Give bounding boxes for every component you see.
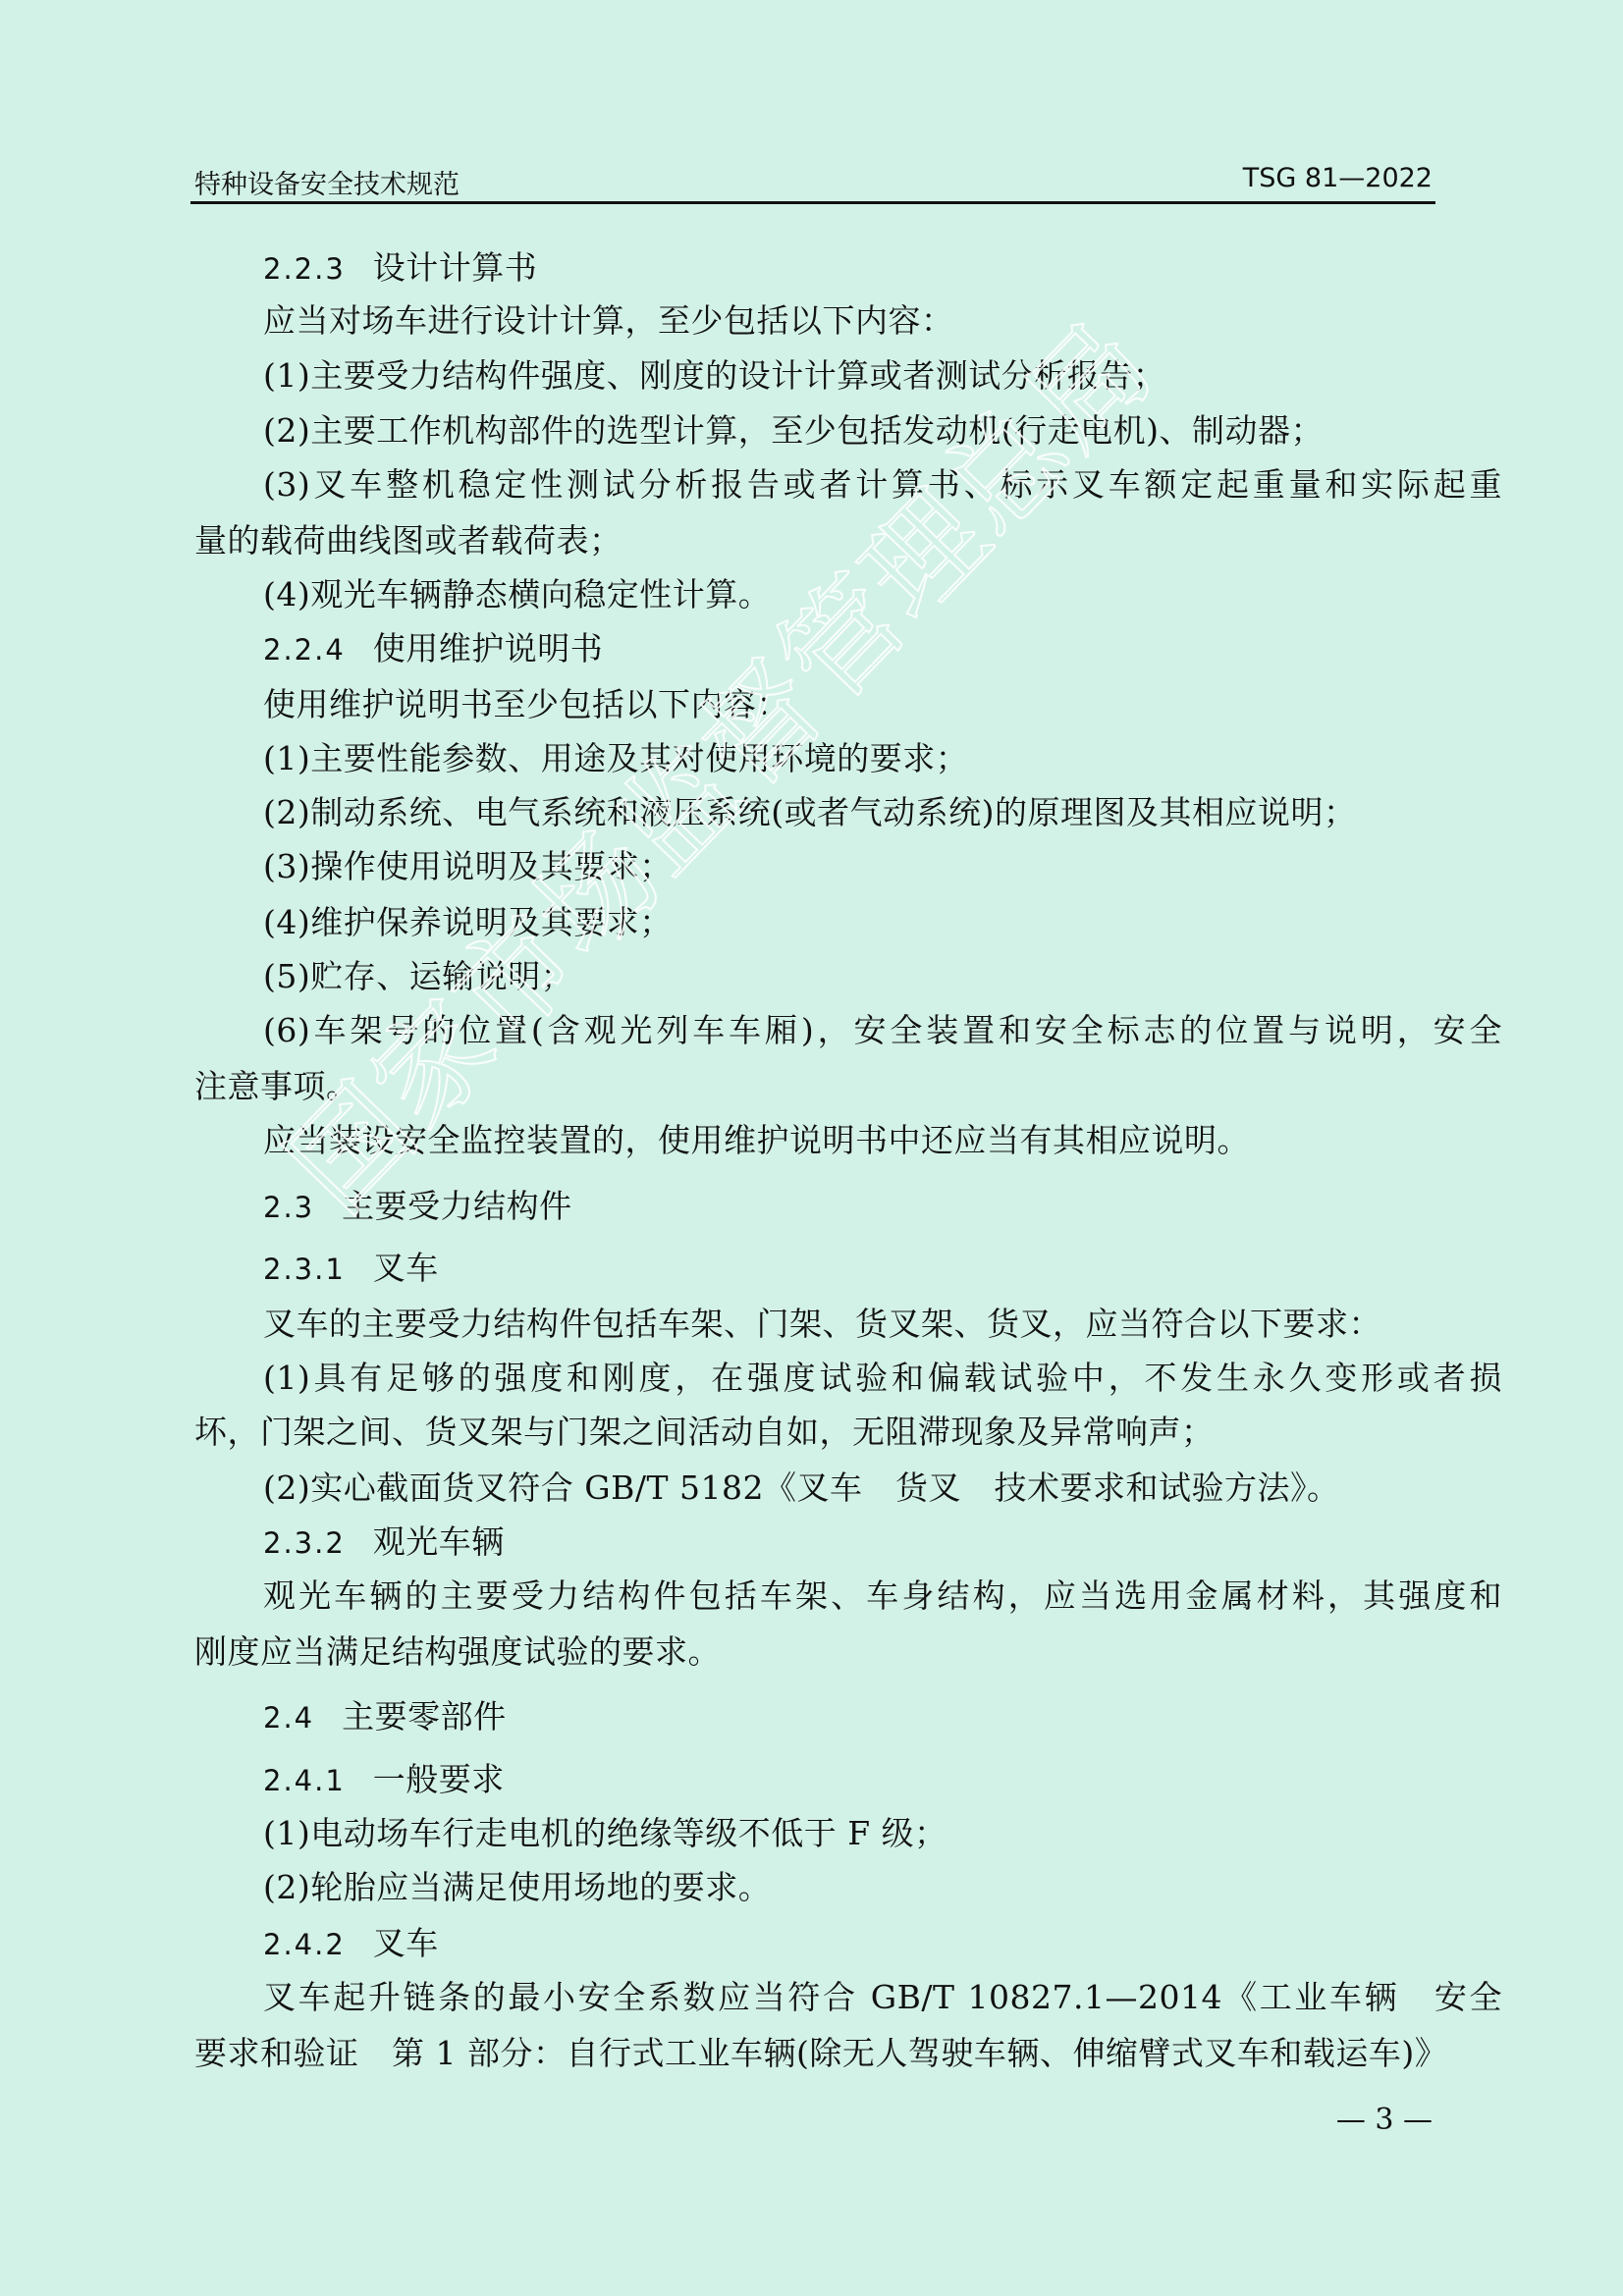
section-heading: 2.4主要零部件 <box>194 1697 1502 1737</box>
paragraph-continuation: 刚度应当满足结构强度试验的要求。 <box>194 1632 1434 1672</box>
paragraph-line: (1)电动场车行走电机的绝缘等级不低于 F 级； <box>194 1814 1502 1853</box>
section-number: 2.2.3 <box>263 252 346 286</box>
paragraph-line: (1)具有足够的强度和刚度，在强度试验和偏载试验中，不发生永久变形或者损 <box>194 1359 1502 1398</box>
section-title: 主要零部件 <box>342 1697 507 1735</box>
paragraph-line: (3)操作使用说明及其要求； <box>194 847 1502 886</box>
section-title: 一般要求 <box>373 1760 505 1798</box>
section-number: 2.3 <box>263 1191 314 1224</box>
paragraph-line: (4)维护保养说明及其要求； <box>194 903 1502 942</box>
section-number: 2.2.4 <box>263 633 346 667</box>
header-rule <box>190 201 1435 204</box>
section-heading: 2.2.3设计计算书 <box>194 248 1502 289</box>
section-title: 使用维护说明书 <box>373 629 604 667</box>
section-title: 主要受力结构件 <box>342 1187 572 1225</box>
paragraph-line: (2)制动系统、电气系统和液压系统(或者气动系统)的原理图及其相应说明； <box>194 793 1502 832</box>
paragraph-line: 使用维护说明书至少包括以下内容： <box>194 685 1502 724</box>
paragraph-line: (4)观光车辆静态横向稳定性计算。 <box>194 575 1502 614</box>
paragraph-line: 应当对场车进行设计计算，至少包括以下内容： <box>194 301 1502 341</box>
section-heading: 2.3主要受力结构件 <box>194 1187 1502 1227</box>
page-number: — 3 — <box>1336 2103 1433 2137</box>
header-title: 特种设备安全技术规范 <box>194 163 460 201</box>
paragraph-line: (2)轮胎应当满足使用场地的要求。 <box>194 1868 1502 1907</box>
section-number: 2.4.2 <box>263 1928 346 1961</box>
paragraph-line: (6)车架号的位置(含观光列车车厢)，安全装置和安全标志的位置与说明，安全 <box>194 1011 1502 1050</box>
section-title: 设计计算书 <box>373 248 538 287</box>
paragraph-continuation: 注意事项。 <box>194 1067 1434 1106</box>
section-heading: 2.2.4使用维护说明书 <box>194 629 1502 669</box>
section-number: 2.4 <box>263 1701 314 1735</box>
section-title: 叉车 <box>373 1924 439 1962</box>
header-code: TSG 81—2022 <box>1243 163 1433 193</box>
paragraph-line: 叉车的主要受力结构件包括车架、门架、货叉架、货叉，应当符合以下要求： <box>194 1305 1502 1344</box>
section-number: 2.3.1 <box>263 1253 346 1286</box>
section-number: 2.4.1 <box>263 1764 346 1797</box>
section-heading: 2.4.1一般要求 <box>194 1760 1502 1800</box>
paragraph-continuation: 量的载荷曲线图或者载荷表； <box>194 521 1434 561</box>
paragraph-line: (2)实心截面货叉符合 GB/T 5182《叉车 货叉 技术要求和试验方法》。 <box>194 1468 1502 1508</box>
paragraph-line: 应当装设安全监控装置的，使用维护说明书中还应当有其相应说明。 <box>194 1121 1502 1160</box>
paragraph-line: (5)贮存、运输说明； <box>194 957 1502 996</box>
section-heading: 2.4.2叉车 <box>194 1924 1502 1964</box>
paragraph-line: (3)叉车整机稳定性测试分析报告或者计算书、标示叉车额定起重量和实际起重 <box>194 465 1502 505</box>
section-number: 2.3.2 <box>263 1526 346 1560</box>
section-heading: 2.3.1叉车 <box>194 1249 1502 1289</box>
paragraph-line: (1)主要性能参数、用途及其对使用环境的要求； <box>194 739 1502 778</box>
section-title: 叉车 <box>373 1249 439 1287</box>
section-heading: 2.3.2观光车辆 <box>194 1522 1502 1563</box>
paragraph-continuation: 要求和验证 第 1 部分：自行式工业车辆(除无人驾驶车辆、伸缩臂式叉车和载运车)… <box>194 2034 1434 2073</box>
paragraph-line: 叉车起升链条的最小安全系数应当符合 GB/T 10827.1—2014《工业车辆… <box>194 1978 1502 2017</box>
paragraph-line: (1)主要受力结构件强度、刚度的设计计算或者测试分析报告； <box>194 356 1502 396</box>
paragraph-continuation: 坏，门架之间、货叉架与门架之间活动自如，无阻滞现象及异常响声； <box>194 1413 1434 1452</box>
section-title: 观光车辆 <box>373 1522 505 1561</box>
paragraph-line: 观光车辆的主要受力结构件包括车架、车身结构，应当选用金属材料，其强度和 <box>194 1576 1502 1616</box>
paragraph-line: (2)主要工作机构部件的选型计算，至少包括发动机(行走电机)、制动器； <box>194 411 1502 451</box>
